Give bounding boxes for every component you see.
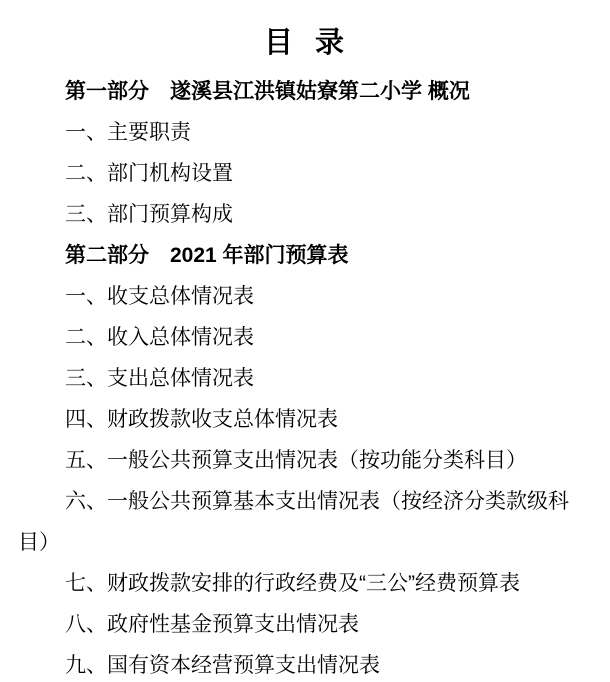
page-title: 目 录 [0,0,610,62]
toc-item: 八、政府性基金预算支出情况表 [0,602,610,643]
toc-item: 三、支出总体情况表 [0,356,610,397]
toc-item-continuation: 目） [0,520,610,561]
table-of-contents: 第一部分 遂溪县江洪镇姑寮第二小学 概况 一、主要职责 二、部门机构设置 三、部… [0,69,610,682]
toc-item: 七、财政拨款安排的行政经费及“三公”经费预算表 [0,561,610,602]
toc-item: 三、部门预算构成 [0,192,610,233]
toc-section-heading: 第二部分 2021 年部门预算表 [0,233,610,274]
document-page: 目 录 第一部分 遂溪县江洪镇姑寮第二小学 概况 一、主要职责 二、部门机构设置… [0,0,610,682]
toc-item: 九、国有资本经营预算支出情况表 [0,643,610,682]
toc-item: 一、主要职责 [0,110,610,151]
toc-item: 六、一般公共预算基本支出情况表（按经济分类款级科 [0,479,610,520]
toc-item: 二、收入总体情况表 [0,315,610,356]
toc-item: 二、部门机构设置 [0,151,610,192]
toc-item: 一、收支总体情况表 [0,274,610,315]
toc-item: 五、一般公共预算支出情况表（按功能分类科目） [0,438,610,479]
toc-item: 四、财政拨款收支总体情况表 [0,397,610,438]
toc-section-heading: 第一部分 遂溪县江洪镇姑寮第二小学 概况 [0,69,610,110]
